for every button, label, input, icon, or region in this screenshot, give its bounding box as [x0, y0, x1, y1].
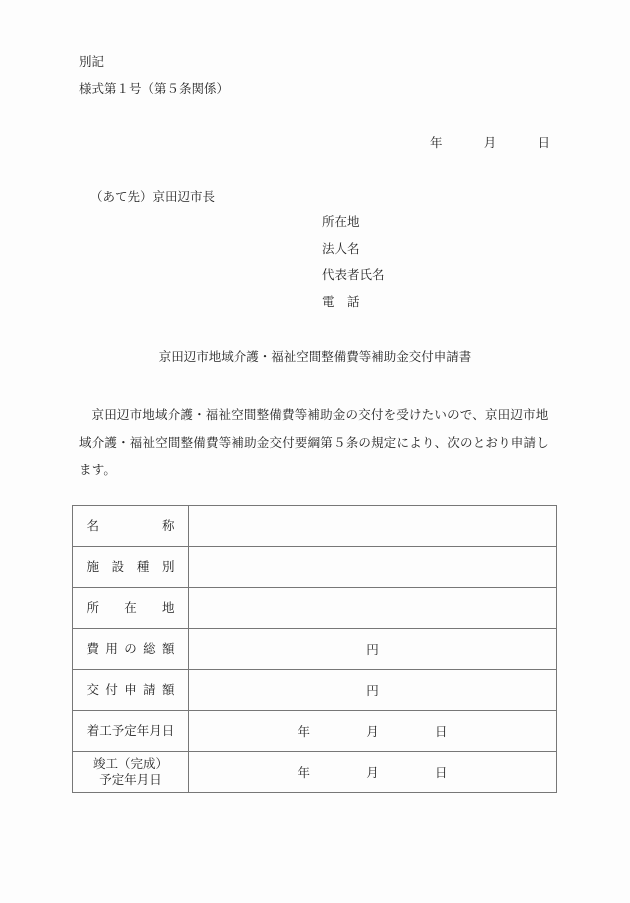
- row-label-requested-amount: 交付申請額: [73, 670, 189, 711]
- annex-label: 別記: [79, 52, 104, 70]
- table-row-name: 名称: [73, 506, 557, 547]
- row-label-completion-date: 竣工（完成） 予定年月日: [73, 752, 189, 793]
- row-label-start-date: 着工予定年月日: [73, 711, 189, 752]
- row-label-total-cost: 費用の総額: [73, 629, 189, 670]
- applicant-representative-label: 代表者氏名: [322, 267, 385, 294]
- start-date-field[interactable]: 年 月 日: [189, 711, 557, 752]
- row-label-location: 所在地: [73, 588, 189, 629]
- year-unit: 年: [298, 763, 311, 781]
- completion-date-field[interactable]: 年 月 日: [189, 752, 557, 793]
- location-field[interactable]: [189, 588, 557, 629]
- row-label-name: 名称: [73, 506, 189, 547]
- applicant-block: 所在地 法人名 代表者氏名 電 話: [322, 214, 385, 320]
- date-year-label: 年: [430, 133, 443, 151]
- row-label-facility-type: 施設種別: [73, 547, 189, 588]
- month-unit: 月: [366, 722, 379, 740]
- table-row-total-cost: 費用の総額 円: [73, 629, 557, 670]
- table-row-completion-date: 竣工（完成） 予定年月日 年 月 日: [73, 752, 557, 793]
- day-unit: 日: [435, 763, 448, 781]
- facility-type-field[interactable]: [189, 547, 557, 588]
- table-row-facility-type: 施設種別: [73, 547, 557, 588]
- total-cost-field[interactable]: 円: [189, 629, 557, 670]
- yen-unit: 円: [366, 642, 379, 657]
- date-day-label: 日: [537, 133, 550, 151]
- year-unit: 年: [298, 722, 311, 740]
- applicant-address-label: 所在地: [322, 214, 385, 241]
- applicant-corp-name-label: 法人名: [322, 241, 385, 268]
- date-month-label: 月: [484, 133, 497, 151]
- yen-unit: 円: [366, 683, 379, 698]
- document-title: 京田辺市地域介護・福祉空間整備費等補助金交付申請書: [0, 347, 630, 365]
- form-number: 様式第１号（第５条関係）: [79, 79, 229, 97]
- applicant-phone-label: 電 話: [322, 294, 385, 321]
- day-unit: 日: [435, 722, 448, 740]
- month-unit: 月: [366, 763, 379, 781]
- name-field[interactable]: [189, 506, 557, 547]
- requested-amount-field[interactable]: 円: [189, 670, 557, 711]
- application-form-table: 名称 施設種別 所在地 費用の総額 円 交付申請額 円 着工予定年月日: [72, 505, 557, 793]
- application-statement: 京田辺市地域介護・福祉空間整備費等補助金の交付を受けたいので、京田辺市地域介護・…: [79, 401, 554, 484]
- table-row-location: 所在地: [73, 588, 557, 629]
- submission-date: 年 月 日: [430, 133, 550, 151]
- table-row-requested-amount: 交付申請額 円: [73, 670, 557, 711]
- addressee: （あて先）京田辺市長: [90, 187, 215, 205]
- table-row-start-date: 着工予定年月日 年 月 日: [73, 711, 557, 752]
